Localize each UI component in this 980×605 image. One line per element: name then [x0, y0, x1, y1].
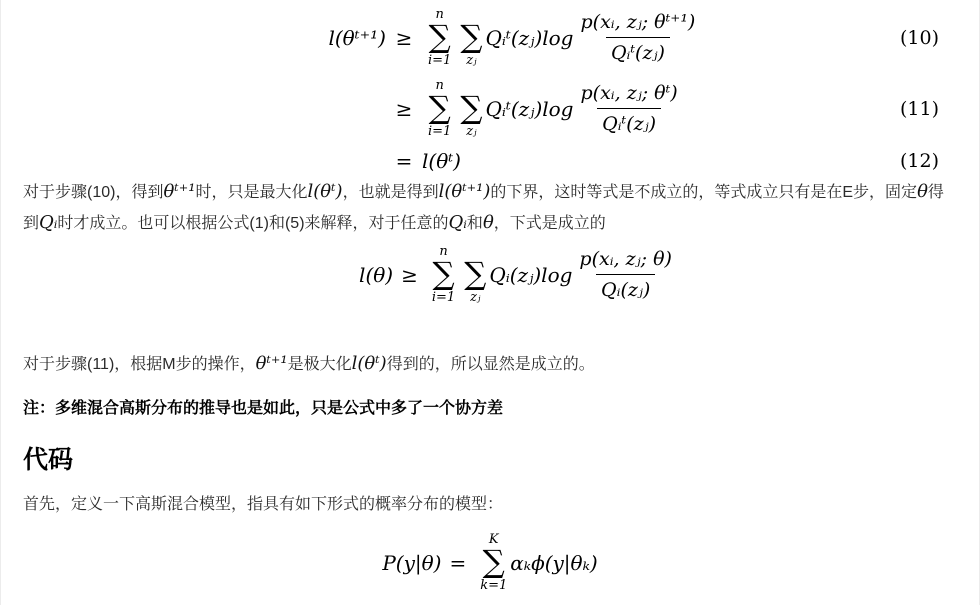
inline-math: Qᵢ — [39, 212, 57, 233]
equation-rhs: n ∑ i=1 ∑ zⱼ Qᵢᵗ(zⱼ)log p(xᵢ, zⱼ; θᵗ⁺¹) … — [422, 7, 700, 68]
fraction: p(xᵢ, zⱼ; θ) Qᵢ(zⱼ) — [574, 248, 677, 301]
equation-unnumbered: l(θ) ≥ n ∑ i=1 ∑ zⱼ Qᵢ(zⱼ)log p(xᵢ, zⱼ; … — [1, 244, 979, 305]
equation-number: (10) — [900, 27, 979, 49]
section-heading-code: 代码 — [23, 441, 73, 479]
sum-lower-limit: i=1 — [432, 290, 455, 305]
article-page: l(θᵗ⁺¹) ≥ n ∑ i=1 ∑ zⱼ Qᵢᵗ(zⱼ)log p(xᵢ, … — [0, 0, 980, 605]
note-text: 注：多维混合高斯分布的推导也是如此，只是公式中多了一个协方差 — [23, 394, 957, 424]
fraction-numerator: p(xᵢ, zⱼ; θᵗ) — [576, 82, 683, 108]
relation-sign: ≥ — [386, 26, 422, 50]
equation-lhs: l(θ) — [359, 263, 393, 287]
fraction-denominator: Qᵢᵗ(zⱼ) — [597, 108, 661, 135]
equation-term: Qᵢᵗ(zⱼ)log — [485, 26, 573, 50]
inline-math: θᵗ⁺¹ — [256, 353, 288, 374]
summation-outer: n ∑ i=1 — [428, 7, 451, 68]
sigma-icon: ∑ — [483, 547, 505, 578]
equation-content: l(θ) ≥ n ∑ i=1 ∑ zⱼ Qᵢ(zⱼ)log p(xᵢ, zⱼ; … — [359, 244, 677, 305]
relation-sign: = — [386, 149, 422, 173]
equation-number: (11) — [900, 98, 979, 120]
sum-lower-limit: zⱼ — [466, 53, 476, 68]
fraction: p(xᵢ, zⱼ; θᵗ⁺¹) Qᵢᵗ(zⱼ) — [576, 11, 701, 64]
fraction-denominator: Qᵢᵗ(zⱼ) — [606, 37, 670, 64]
sum-lower-limit: k=1 — [480, 578, 507, 593]
paragraph-gmm-intro: 首先，定义一下高斯混合模型，指具有如下形式的概率分布的模型： — [23, 490, 957, 520]
equation-10: l(θᵗ⁺¹) ≥ n ∑ i=1 ∑ zⱼ Qᵢᵗ(zⱼ)log p(xᵢ, … — [1, 2, 979, 73]
sigma-icon: ∑ — [429, 22, 451, 53]
sigma-icon: ∑ — [429, 93, 451, 124]
equation-12: = l(θᵗ) (12) — [1, 144, 979, 178]
text-run: ，下式是成立的 — [494, 215, 606, 232]
sum-lower-limit: zⱼ — [470, 290, 480, 305]
paragraph-step10: 对于步骤(10)，得到θᵗ⁺¹时，只是最大化l(θᵗ)，也就是得到l(θᵗ⁺¹)… — [23, 177, 957, 239]
fraction-numerator: p(xᵢ, zⱼ; θᵗ⁺¹) — [576, 11, 701, 37]
summation: K ∑ k=1 — [480, 532, 507, 593]
sigma-icon: ∑ — [460, 93, 482, 124]
inline-math: l(θᵗ) — [307, 181, 342, 202]
summation-outer: n ∑ i=1 — [428, 78, 451, 139]
inline-math: θ — [483, 212, 494, 233]
summation-inner: ∑ zⱼ — [460, 78, 482, 139]
text-run: ，也就是得到 — [343, 184, 439, 201]
fraction-numerator: p(xᵢ, zⱼ; θ) — [574, 248, 677, 274]
inline-math: θᵗ⁺¹ — [163, 181, 195, 202]
equation-block: l(θᵗ⁺¹) ≥ n ∑ i=1 ∑ zⱼ Qᵢᵗ(zⱼ)log p(xᵢ, … — [1, 2, 979, 178]
equation-content: P(y|θ) = K ∑ k=1 αₖϕ(y|θₖ) — [382, 532, 597, 593]
fraction-denominator: Qᵢ(zⱼ) — [596, 274, 655, 301]
equation-11: ≥ n ∑ i=1 ∑ zⱼ Qᵢᵗ(zⱼ)log p(xᵢ, zⱼ; θᵗ) … — [1, 73, 979, 144]
summation-inner: ∑ zⱼ — [460, 7, 482, 68]
equation-lhs: l(θᵗ⁺¹) — [328, 26, 386, 50]
summation-inner: ∑ zⱼ — [464, 244, 486, 305]
sum-lower-limit: i=1 — [428, 53, 451, 68]
equation-term: l(θᵗ) — [422, 149, 461, 173]
text-run: 对于步骤(11)，根据M步的操作， — [23, 356, 256, 373]
inline-math: θ — [917, 181, 928, 202]
sum-lower-limit: zⱼ — [466, 124, 476, 139]
sum-lower-limit: i=1 — [428, 124, 451, 139]
text-run: 得到的，所以显然是成立的。 — [387, 356, 595, 373]
sigma-icon: ∑ — [464, 259, 486, 290]
equation-rhs: n ∑ i=1 ∑ zⱼ Qᵢᵗ(zⱼ)log p(xᵢ, zⱼ; θᵗ) Qᵢ… — [422, 78, 683, 139]
text-run: 对于步骤(10)，得到 — [23, 184, 163, 201]
relation-sign: = — [449, 551, 466, 575]
equation-term: Qᵢᵗ(zⱼ)log — [485, 97, 573, 121]
equation-rhs: l(θᵗ) — [422, 149, 461, 173]
equation-term: Qᵢ(zⱼ)log — [489, 263, 572, 287]
paragraph-step11: 对于步骤(11)，根据M步的操作，θᵗ⁺¹是极大化l(θᵗ)得到的，所以显然是成… — [23, 349, 957, 380]
equation-lhs: P(y|θ) — [382, 551, 441, 575]
text-run: 和 — [467, 215, 483, 232]
equation-number: (12) — [900, 150, 979, 172]
text-run: 时，只是最大化 — [195, 184, 307, 201]
inline-math: l(θᵗ⁺¹) — [439, 181, 491, 202]
equation-gmm: P(y|θ) = K ∑ k=1 αₖϕ(y|θₖ) — [1, 532, 979, 593]
summation-outer: n ∑ i=1 — [432, 244, 455, 305]
inline-math: l(θᵗ) — [352, 353, 387, 374]
text-run: 时才成立。也可以根据公式(1)和(5)来解释，对于任意的 — [57, 215, 448, 232]
sigma-icon: ∑ — [460, 22, 482, 53]
relation-sign: ≥ — [386, 97, 422, 121]
fraction: p(xᵢ, zⱼ; θᵗ) Qᵢᵗ(zⱼ) — [576, 82, 683, 135]
relation-sign: ≥ — [401, 263, 418, 287]
equation-term: αₖϕ(y|θₖ) — [510, 551, 597, 575]
text-run: 的下界，这时等式是不成立的，等式成立只有是在E步，固定 — [490, 184, 917, 201]
text-run: 是极大化 — [288, 356, 352, 373]
inline-math: Qᵢ — [449, 212, 467, 233]
sigma-icon: ∑ — [432, 259, 454, 290]
